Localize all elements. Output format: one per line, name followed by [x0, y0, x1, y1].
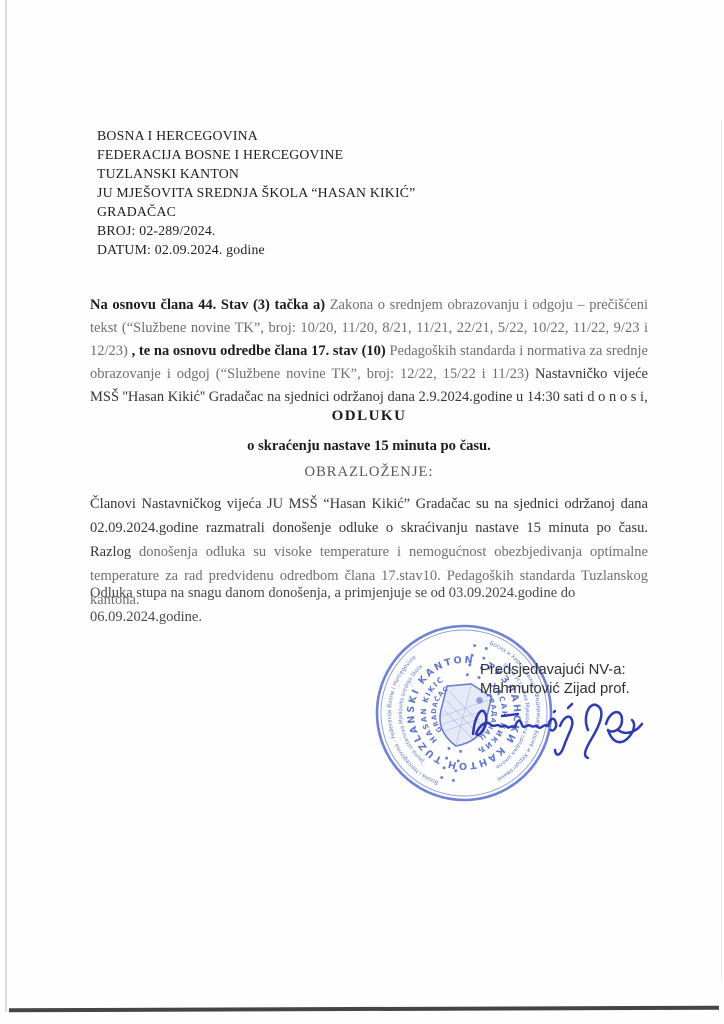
letterhead-line-federation: FEDERACIJA BOSNE I HERCEGOVINE — [97, 145, 416, 164]
letterhead-line-number: BROJ: 02-289/2024. — [97, 221, 416, 240]
scan-left-edge — [5, 0, 7, 1012]
scan-right-edge — [721, 120, 722, 980]
decision-subject: o skraćenju nastave 15 minuta po času. — [90, 438, 648, 455]
letterhead-line-country: BOSNA I HERCEGOVINA — [97, 126, 416, 145]
preamble-basis-2: , te na osnovu odredbe člana 17. stav (1… — [128, 343, 390, 359]
signatory-role: Predsjedavajući NV-a: — [480, 661, 630, 680]
closing-paragraph: Odluka stupa na snagu danom donošenja, a… — [90, 581, 648, 629]
letterhead: BOSNA I HERCEGOVINA FEDERACIJA BOSNE I H… — [97, 126, 416, 259]
section-heading-obrazlozenje: OBRAZLOŽENJE: — [90, 464, 648, 481]
scan-bottom-edge — [9, 1006, 719, 1012]
preamble-basis-1: Na osnovu člana 44. Stav (3) tačka a) — [90, 297, 330, 313]
scanned-document-page: BOSNA I HERCEGOVINA FEDERACIJA BOSNE I H… — [0, 0, 724, 1024]
preamble-paragraph: Na osnovu člana 44. Stav (3) tačka a) Za… — [90, 294, 648, 409]
decision-title: ODLUKU — [90, 408, 648, 425]
letterhead-line-city: GRADAČAC — [97, 202, 416, 221]
letterhead-line-date: DATUM: 02.09.2024. godine — [97, 240, 416, 259]
handwritten-signature — [466, 688, 656, 772]
letterhead-line-canton: TUZLANSKI KANTON — [97, 164, 416, 183]
letterhead-line-school: JU MJEŠOVITA SREDNJA ŠKOLA “HASAN KIKIĆ” — [97, 183, 416, 202]
